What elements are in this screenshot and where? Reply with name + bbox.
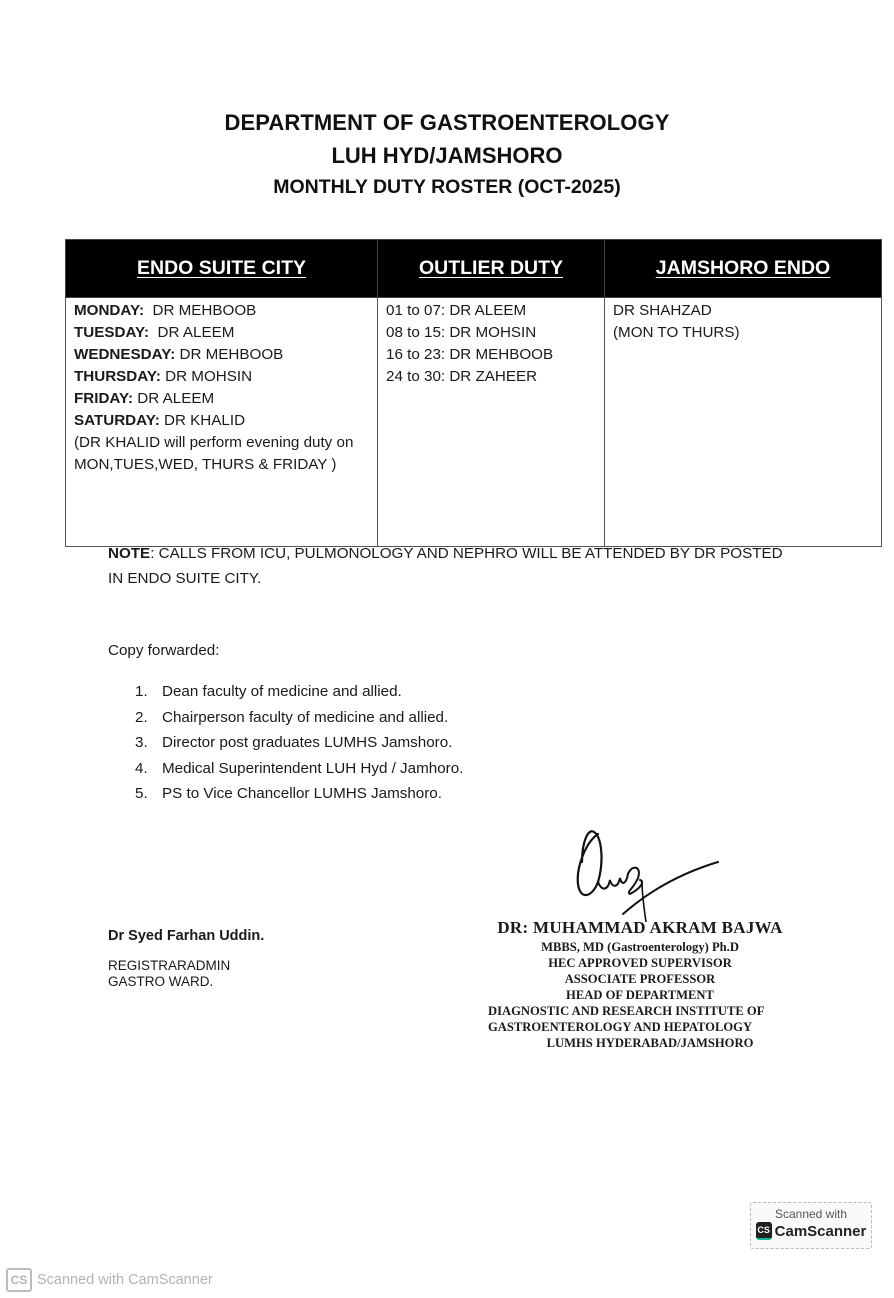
schedule-entry: MONDAY: DR MEHBOOB <box>74 300 369 322</box>
outlier-entry: 24 to 30: DR ZAHEER <box>386 366 596 388</box>
hod-signature-block: DR: MUHAMMAD AKRAM BAJWA MBBS, MD (Gastr… <box>470 918 810 1051</box>
jamshoro-days: (MON TO THURS) <box>613 322 873 344</box>
note: NOTE: CALLS FROM ICU, PULMONOLOGY AND NE… <box>108 541 808 591</box>
outlier-entry: 16 to 23: DR MEHBOOB <box>386 344 596 366</box>
note-text-continued: IN ENDO SUITE CITY. <box>108 570 261 587</box>
column-header-jamshoro-endo: JAMSHORO ENDO <box>605 240 882 298</box>
note-text: : CALLS FROM ICU, PULMONOLOGY AND NEPHRO… <box>150 545 782 562</box>
outlier-entry: 01 to 07: DR ALEEM <box>386 300 596 322</box>
list-item: 3.Director post graduates LUMHS Jamshoro… <box>135 730 463 756</box>
hod-role: HEAD OF DEPARTMENT <box>470 987 810 1003</box>
registrar-title: REGISTRARADMIN GASTRO WARD. <box>108 958 230 990</box>
list-item: 4.Medical Superintendent LUH Hyd / Jamho… <box>135 756 463 782</box>
registrar-name: Dr Syed Farhan Uddin. <box>108 928 264 944</box>
table-row: MONDAY: DR MEHBOOB TUESDAY: DR ALEEM WED… <box>66 298 882 547</box>
hospital-subtitle: LUH HYD/JAMSHORO <box>0 143 894 169</box>
note-label: NOTE <box>108 545 150 562</box>
outlier-duty-cell: 01 to 07: DR ALEEM 08 to 15: DR MOHSIN 1… <box>378 298 605 547</box>
schedule-entry: WEDNESDAY: DR MEHBOOB <box>74 344 369 366</box>
copy-forwarded-list: 1.Dean faculty of medicine and allied. 2… <box>135 679 463 807</box>
schedule-entry: THURSDAY: DR MOHSIN <box>74 366 369 388</box>
evening-duty-remark: (DR KHALID will perform evening duty on <box>74 432 369 454</box>
hod-institute-line2: GASTROENTEROLOGY AND HEPATOLOGY <box>470 1019 810 1035</box>
handwritten-signature <box>568 822 728 922</box>
camscanner-logo-icon: CS <box>756 1222 772 1240</box>
endo-suite-city-cell: MONDAY: DR MEHBOOB TUESDAY: DR ALEEM WED… <box>66 298 378 547</box>
evening-duty-days: MON,TUES,WED, THURS & FRIDAY ) <box>74 454 369 476</box>
copy-forwarded-title: Copy forwarded: <box>108 642 219 659</box>
table-header-row: ENDO SUITE CITY OUTLIER DUTY JAMSHORO EN… <box>66 240 882 298</box>
outlier-entry: 08 to 15: DR MOHSIN <box>386 322 596 344</box>
hod-name: DR: MUHAMMAD AKRAM BAJWA <box>470 918 810 938</box>
list-item: 1.Dean faculty of medicine and allied. <box>135 679 463 705</box>
jamshoro-endo-cell: DR SHAHZAD (MON TO THURS) <box>605 298 882 547</box>
schedule-entry: SATURDAY: DR KHALID <box>74 410 369 432</box>
department-title: DEPARTMENT OF GASTROENTEROLOGY <box>0 110 894 136</box>
list-item: 2.Chairperson faculty of medicine and al… <box>135 705 463 731</box>
hod-institute-line1: DIAGNOSTIC AND RESEARCH INSTITUTE OF <box>470 1003 810 1019</box>
column-header-endo-suite-city: ENDO SUITE CITY <box>66 240 378 298</box>
hod-qualifications: MBBS, MD (Gastroenterology) Ph.D <box>470 939 810 955</box>
column-header-outlier-duty: OUTLIER DUTY <box>378 240 605 298</box>
roster-title: MONTHLY DUTY ROSTER (OCT-2025) <box>0 176 894 199</box>
hod-university: LUMHS HYDERABAD/JAMSHORO <box>470 1035 810 1051</box>
schedule-entry: FRIDAY: DR ALEEM <box>74 388 369 410</box>
list-item: 5.PS to Vice Chancellor LUMHS Jamshoro. <box>135 781 463 807</box>
duty-roster-table: ENDO SUITE CITY OUTLIER DUTY JAMSHORO EN… <box>65 239 882 547</box>
jamshoro-doctor: DR SHAHZAD <box>613 300 873 322</box>
camscanner-footer-watermark: CS Scanned with CamScanner <box>6 1268 213 1292</box>
hod-supervisor: HEC APPROVED SUPERVISOR <box>470 955 810 971</box>
camscanner-badge: Scanned with CS CamScanner <box>750 1202 872 1249</box>
hod-designation: ASSOCIATE PROFESSOR <box>470 971 810 987</box>
schedule-entry: TUESDAY: DR ALEEM <box>74 322 369 344</box>
camscanner-logo-icon: CS <box>6 1268 32 1292</box>
